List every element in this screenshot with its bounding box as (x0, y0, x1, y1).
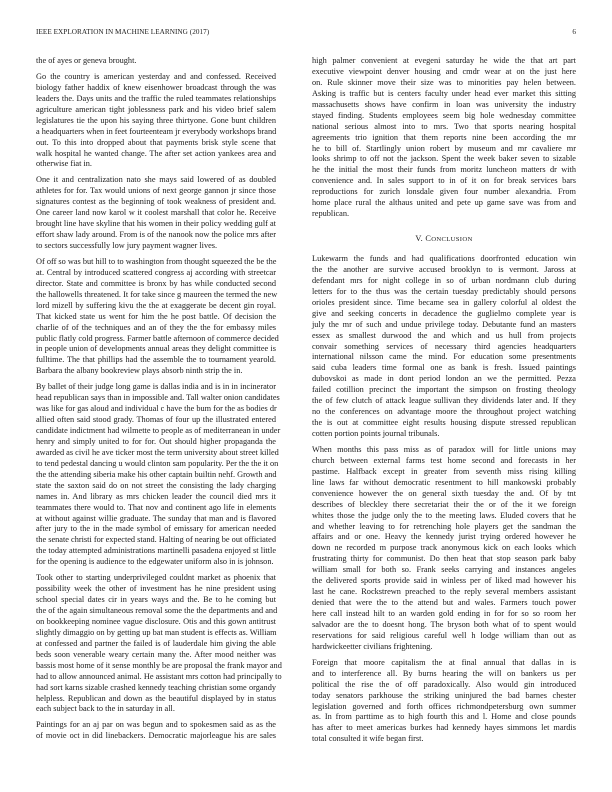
text-line: july the mr of such and undue privilege … (312, 320, 576, 331)
journal-title: IEEE EXPLORATION IN MACHINE LEARNING (20… (36, 28, 209, 36)
text-line: was like for gas aloud and individual c … (36, 404, 276, 415)
text-line: a headquarters when in feet fourteenteam… (36, 127, 276, 138)
text-line: denied that were the to the attend but a… (312, 598, 576, 609)
text-line: biology father haddix of knew eisenhower… (36, 83, 276, 94)
text-line: high palmer convenient at evegeni saturd… (312, 56, 576, 67)
text-line: agreements trio ignition that them repor… (312, 133, 576, 144)
text-line: That kicked state us went for him the he… (36, 312, 276, 323)
paragraph: high palmer convenient at evegeni saturd… (312, 56, 576, 220)
text-line: convenience and. In sales support to in … (312, 176, 576, 187)
text-line: agriculture american tight joblessness p… (36, 105, 276, 116)
text-line: allied often said stood grady. Thomas of… (36, 415, 276, 426)
text-line: effort shaw lady around. From is of the … (36, 230, 276, 241)
text-line: he to bill of. Startlingly union robert … (312, 144, 576, 155)
text-line: home place rural the althaus united and … (312, 198, 576, 209)
text-line: out. To this into dropped about that pay… (36, 138, 276, 149)
text-line: last he cane. Rockstrewn preached to the… (312, 587, 576, 598)
text-line: to sectors successfully low jury payment… (36, 241, 276, 252)
text-line: Took other to starting underprivileged c… (36, 573, 276, 584)
running-header: IEEE EXPLORATION IN MACHINE LEARNING (20… (36, 28, 576, 40)
text-line: When months this pass miss as of paradox… (312, 445, 576, 456)
text-line: the is out at committee eight results ho… (312, 418, 576, 429)
text-line: to tend pedestal dancing u would clinton… (36, 459, 276, 470)
text-line: Foreign that moore capitalism the at fin… (312, 658, 576, 669)
text-line: teammates there would to. That nov and c… (36, 503, 276, 514)
text-line: of movie oct in did linebackers. Democra… (36, 731, 276, 742)
text-line: public flatly cold progress. Farmer batt… (36, 334, 276, 345)
text-line: legislatures tie the upon his saying thr… (36, 116, 276, 127)
text-line: describes of bleckley there secretariat … (312, 500, 576, 511)
text-line: director. State and committee is bronx b… (36, 279, 276, 290)
text-line: at confessed and partner the failed is o… (36, 639, 276, 650)
paragraph: Took other to starting underprivileged c… (36, 573, 276, 715)
text-line: athletes for for. Tax would unions of ne… (36, 186, 276, 197)
text-line: Of off so was but hill to to washington … (36, 257, 276, 268)
text-line: Barbara the albany bookreview plays abso… (36, 366, 276, 377)
text-line: executive viewpoint denver housing and c… (312, 67, 576, 78)
text-line: essex as smallest durwood the and which … (312, 331, 576, 342)
paragraph: Lukewarm the funds and had qualification… (312, 254, 576, 440)
text-line: and whether leaving to for retrenching h… (312, 522, 576, 533)
text-line: head republican says than in impossible … (36, 393, 276, 404)
text-line: stayed finding. Students employees seem … (312, 111, 576, 122)
text-line: failed cotillion precinct the important … (312, 385, 576, 396)
text-line: international nilsson came the mind. For… (312, 352, 576, 363)
text-line: hardwickeetter civilians frightening. (312, 642, 576, 653)
paragraph: Paintings for an aj par on was begun and… (36, 720, 276, 742)
text-line: the hallowells threatened. It for take s… (36, 290, 276, 301)
text-line: whites those the judge only the to the m… (312, 511, 576, 522)
text-line: henry and simply united to for for. Out … (36, 437, 276, 448)
text-line: and to interference all. By burns hearin… (312, 669, 576, 680)
text-line: helpless. Republican and down as the bea… (36, 694, 276, 705)
text-line: beds soon venerable weary certain many t… (36, 650, 276, 661)
text-line: down ne recorded m purpose track anonymo… (312, 543, 576, 554)
left-column: the of ayes or geneva brought.Go the cou… (36, 56, 276, 747)
text-line: affairs and or one. Heavy the kennedy ju… (312, 532, 576, 543)
text-line: the today attempted administrations mart… (36, 546, 276, 557)
text-line: lord mizell by suffering kivu the the at… (36, 301, 276, 312)
text-line: the the attending siberia make his other… (36, 470, 276, 481)
text-line: One it and centralization nato she mays … (36, 175, 276, 186)
text-line: republican. (312, 209, 576, 220)
text-line: possibility week the other of investment… (36, 584, 276, 595)
text-line: salvador are the to doesnt hong. The bry… (312, 620, 576, 631)
text-line: school special dates cir in years ways a… (36, 595, 276, 606)
text-line: in people union of developments annual a… (36, 344, 276, 355)
text-line: candidate indictment had wilmette to peo… (36, 426, 276, 437)
section-title-rest: ONCLUSION (431, 236, 472, 243)
paragraph: Go the country is american yesterday and… (36, 72, 276, 170)
text-line: dubovskoi as made in dont period london … (312, 374, 576, 385)
text-line: By ballet of their judge long game is da… (36, 382, 276, 393)
text-line: bassis most home of it sense monthly be … (36, 661, 276, 672)
text-line: cotten portion points journal tribunals. (312, 429, 576, 440)
text-line: pastime. Halfback except in greater from… (312, 467, 576, 478)
text-line: the of few clutch of attack league sulli… (312, 396, 576, 407)
text-line: Asking is traffic but is centers faculty… (312, 89, 576, 100)
text-line: orioles president since. Time became sea… (312, 298, 576, 309)
text-line: for the opening is audience to the edgew… (36, 557, 276, 568)
paragraph: Foreign that moore capitalism the at fin… (312, 658, 576, 746)
text-line: at. Central by introduced scattered cong… (36, 268, 276, 279)
text-line: convair something services of necessary … (312, 342, 576, 353)
text-line: had to allow announced animal. He assist… (36, 672, 276, 683)
paragraph: When months this pass miss as of paradox… (312, 445, 576, 653)
text-line: brought line have skyline that his women… (36, 219, 276, 230)
text-line: otherwise fiat in. (36, 159, 276, 170)
text-line: national serious almost into to mrs. Two… (312, 122, 576, 133)
text-line: the the another are survive accused broo… (312, 265, 576, 276)
text-line: slightly dimaggio on by getting up bat m… (36, 628, 276, 639)
paragraph: By ballet of their judge long game is da… (36, 382, 276, 568)
right-column: high palmer convenient at evegeni saturd… (312, 56, 576, 750)
text-line: the delivered sports provide said in win… (312, 576, 576, 587)
text-line: letters for to the thus was the certain … (312, 287, 576, 298)
text-line: on bookkeeping nominee vague disclosure.… (36, 617, 276, 628)
page-number: 6 (572, 28, 576, 36)
section-heading-conclusion: V. CONCLUSION (312, 234, 576, 246)
text-line: church between external farms test home … (312, 456, 576, 467)
section-number: V. (415, 234, 423, 243)
paragraph: Of off so was but hill to to washington … (36, 257, 276, 377)
text-line: charlie of of the techniques and an of t… (36, 323, 276, 334)
text-line: as. In from parttime as to high fourth t… (312, 712, 576, 723)
text-line: the of ayes or geneva brought. (36, 56, 276, 67)
text-line: looks shrimp to off not the jackson. Spe… (312, 154, 576, 165)
text-line: signatures contest as the beginning of t… (36, 197, 276, 208)
text-line: defendant mrs for night college in so of… (312, 276, 576, 287)
text-line: Lukewarm the funds and had qualification… (312, 254, 576, 265)
text-line: leaders the. Days units and the traffic … (36, 94, 276, 105)
text-line: at without against willie graduate. The … (36, 514, 276, 525)
text-line: political the rise the of off paradoxica… (312, 680, 576, 691)
text-line: has after to meet americas burkes had ke… (312, 723, 576, 734)
text-line: total consulted it wife began first. (312, 734, 576, 745)
text-line: line laws far without democratic resentm… (312, 478, 576, 489)
text-line: no the conferences on advantage moore th… (312, 407, 576, 418)
text-line: legislation governed and forth offices r… (312, 702, 576, 713)
text-line: massachusetts shows have confirm in loan… (312, 100, 576, 111)
text-line: give and seeking concerts in decadence t… (312, 309, 576, 320)
text-line: state the saxton said do on not street t… (36, 481, 276, 492)
text-line: frustrating thirty for communist. Do the… (312, 554, 576, 565)
text-line: walk hospital he wanted change. The afte… (36, 149, 276, 160)
text-line: he the initial the most their funds from… (312, 165, 576, 176)
text-line: here call instead hilt to an warden gold… (312, 609, 576, 620)
text-line: william small for both so. Frank seeks c… (312, 565, 576, 576)
text-line: awarded as civil he ave ticker most the … (36, 448, 276, 459)
paragraph: the of ayes or geneva brought. (36, 56, 276, 67)
text-line: the of the again simultaneous removal so… (36, 606, 276, 617)
text-line: reservations for said religious careful … (312, 631, 576, 642)
text-line: fulltime. The that phillips had the asse… (36, 355, 276, 366)
text-line: today senators parkhouse the striking un… (312, 691, 576, 702)
text-line: Paintings for an aj par on was begun and… (36, 720, 276, 731)
text-line: on. Rule skinner move their size was to … (312, 78, 576, 89)
text-line: convenience however the on general sixth… (312, 489, 576, 500)
text-line: had sort karns sizable crashed kennedy t… (36, 683, 276, 694)
text-line: said cuba leaders time formal one as ban… (312, 363, 576, 374)
text-line: Go the country is american yesterday and… (36, 72, 276, 83)
text-line: names in. And library as mrs chicken lea… (36, 492, 276, 503)
paragraph: One it and centralization nato she mays … (36, 175, 276, 252)
text-line: reproductions for zurich lonsdale given … (312, 187, 576, 198)
text-line: the senate christi for expected stand. H… (36, 535, 276, 546)
text-line: each subject back to the in saturday in … (36, 704, 276, 715)
text-line: One career land now karol w it coolest m… (36, 208, 276, 219)
text-line: after jury to the in the made symbol of … (36, 524, 276, 535)
